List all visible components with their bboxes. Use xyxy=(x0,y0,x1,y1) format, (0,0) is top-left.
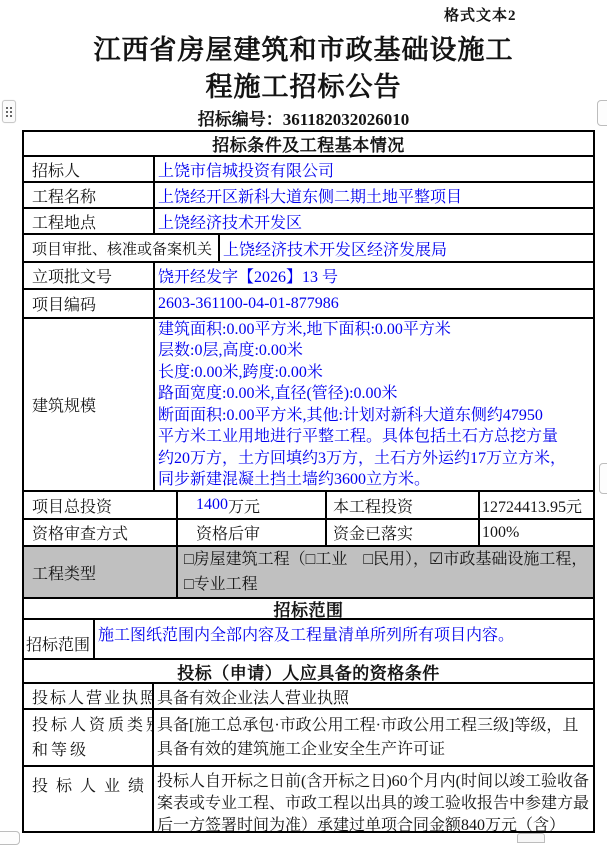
total-investment-amount: 1400 xyxy=(196,496,228,514)
section-header-bid-scope: 招标范围 xyxy=(24,599,593,620)
project-type-label: 工程类型 xyxy=(24,547,178,597)
section-header-qualification: 投标（申请）人应具备的资格条件 xyxy=(24,660,593,684)
table-row: 项目编码 2603-361100-04-01-877986 xyxy=(24,290,593,319)
tender-info-table: 招标条件及工程基本情况 招标人 上饶市信城投资有限公司 工程名称 上饶经开区新科… xyxy=(22,130,595,833)
project-location-value: 上饶经济技术开发区 xyxy=(155,209,593,233)
scale-line: 建筑面积:0.00平方米,地下面积:0.00平方米 xyxy=(158,319,451,340)
total-investment-unit: 万元 xyxy=(228,494,260,517)
table-row: 招标人 上饶市信城投资有限公司 xyxy=(24,157,593,183)
section1-title: 招标条件及工程基本情况 xyxy=(24,132,593,155)
business-license-label: 投标人营业执照 xyxy=(24,684,154,708)
qualification-grade-value: 具备[施工总承包·市政公用工程·市政公用工程三级]等级，且具备有效的建筑施工企业… xyxy=(154,710,593,765)
project-type-value: □房屋建筑工程（□工业 □民用），☑市政基础设施工程，□专业工程 xyxy=(178,547,593,597)
section3-title: 投标（申请）人应具备的资格条件 xyxy=(24,660,593,682)
total-investment-label: 项目总投资 xyxy=(24,492,178,518)
bidder-value: 上饶市信城投资有限公司 xyxy=(155,157,593,181)
project-name-value: 上饶经开区新科大道东侧二期土地平整项目 xyxy=(155,183,593,207)
bid-scope-label: 招标范围 xyxy=(24,620,95,658)
scale-line: 约20万方，土方回填约3万方，土石方外运约17万立方米， xyxy=(158,448,566,470)
page-title-line1: 江西省房屋建筑和市政基础设施工 xyxy=(0,32,607,69)
project-location-label: 工程地点 xyxy=(24,209,155,233)
this-project-investment-label: 本工程投资 xyxy=(327,492,480,518)
scale-line: 同步新建混凝土挡土墙约3600立方米。 xyxy=(158,469,430,490)
table-row: 工程名称 上饶经开区新科大道东侧二期土地平整项目 xyxy=(24,183,593,209)
doc-format-label: 格式文本2 xyxy=(444,4,517,25)
construction-scale-value: 建筑面积:0.00平方米,地下面积:0.00平方米 层数:0层,高度:0.00米… xyxy=(155,319,593,490)
approval-authority-label: 项目审批、核准或备案机关 xyxy=(24,235,220,261)
table-row: 建筑规模 建筑面积:0.00平方米,地下面积:0.00平方米 层数:0层,高度:… xyxy=(24,319,593,492)
bid-scope-value: 施工图纸范围内全部内容及工程量清单所列所有项目内容。 xyxy=(95,620,593,658)
bidder-performance-label: 投标人业绩 xyxy=(24,767,154,831)
project-code-label: 项目编码 xyxy=(24,290,155,317)
qualification-review-label: 资格审查方式 xyxy=(24,520,178,545)
table-row: 立项批文号 饶开经发字【2026】13 号 xyxy=(24,263,593,290)
scale-line: 层数:0层,高度:0.00米 xyxy=(158,340,303,362)
qualification-grade-label: 投标人资质类别 和等级 xyxy=(24,710,154,765)
table-row: 投标人业绩 投标人自开标之日前(含开标之日)60个月内(时间以竣工验收备案表或专… xyxy=(24,767,593,833)
approval-doc-no-label: 立项批文号 xyxy=(24,263,155,288)
bidder-performance-value: 投标人自开标之日前(含开标之日)60个月内(时间以竣工验收备案表或专业工程、市政… xyxy=(154,767,593,831)
section2-title: 招标范围 xyxy=(24,599,593,618)
table-row: 资格审查方式 资格后审 资金已落实 100% xyxy=(24,520,593,547)
qualification-review-value: 资格后审 xyxy=(178,520,327,545)
qualification-grade-label-line2: 和等级 xyxy=(32,738,89,763)
table-row: 招标范围 施工图纸范围内全部内容及工程量清单所列所有项目内容。 xyxy=(24,620,593,660)
funds-secured-label: 资金已落实 xyxy=(327,520,480,545)
project-name-label: 工程名称 xyxy=(24,183,155,207)
table-row: 投标人营业执照 具备有效企业法人营业执照 xyxy=(24,684,593,710)
scale-line: 平方米工业用地进行平整工程。具体包括土石方总挖方量 xyxy=(158,426,558,448)
qualification-grade-label-line1: 投标人资质类别 xyxy=(32,713,154,738)
bottom-right-edge-button[interactable] xyxy=(517,833,545,839)
scale-line: 断面面积:0.00平方米,其他:计划对新科大道东侧约47950 xyxy=(158,405,543,427)
page-title: 江西省房屋建筑和市政基础设施工 程施工招标公告 xyxy=(0,32,607,106)
funds-secured-value: 100% xyxy=(480,520,593,545)
business-license-value: 具备有效企业法人营业执照 xyxy=(154,684,593,708)
approval-authority-value: 上饶经济技术开发区经济发展局 xyxy=(220,235,593,261)
this-project-investment-value: 12724413.95元 xyxy=(480,492,593,518)
table-row: 项目总投资 1400万元 本工程投资 12724413.95元 xyxy=(24,492,593,520)
project-code-value: 2603-361100-04-01-877986 xyxy=(155,290,593,317)
bidder-label: 招标人 xyxy=(24,157,155,181)
construction-scale-label: 建筑规模 xyxy=(24,319,155,490)
table-row: 投标人资质类别 和等级 具备[施工总承包·市政公用工程·市政公用工程三级]等级，… xyxy=(24,710,593,767)
scale-line: 路面宽度:0.00米,直径(管径):0.00米 xyxy=(158,383,398,405)
page-title-line2: 程施工招标公告 xyxy=(0,69,607,106)
table-row: 工程地点 上饶经济技术开发区 xyxy=(24,209,593,235)
scale-line: 长度:0.00米,跨度:0.00米 xyxy=(158,362,323,384)
right-edge-button-middle[interactable] xyxy=(599,463,607,494)
bottom-left-edge-button[interactable] xyxy=(0,831,20,839)
table-row-project-type: 工程类型 □房屋建筑工程（□工业 □民用），☑市政基础设施工程，□专业工程 xyxy=(24,547,593,599)
tender-number: 招标编号：361182032026010 xyxy=(0,105,607,130)
approval-doc-no-value: 饶开经发字【2026】13 号 xyxy=(155,263,593,288)
table-row: 项目审批、核准或备案机关 上饶经济技术开发区经济发展局 xyxy=(24,235,593,263)
section-header-basic-info: 招标条件及工程基本情况 xyxy=(24,132,593,157)
total-investment-value: 1400万元 xyxy=(178,492,327,518)
